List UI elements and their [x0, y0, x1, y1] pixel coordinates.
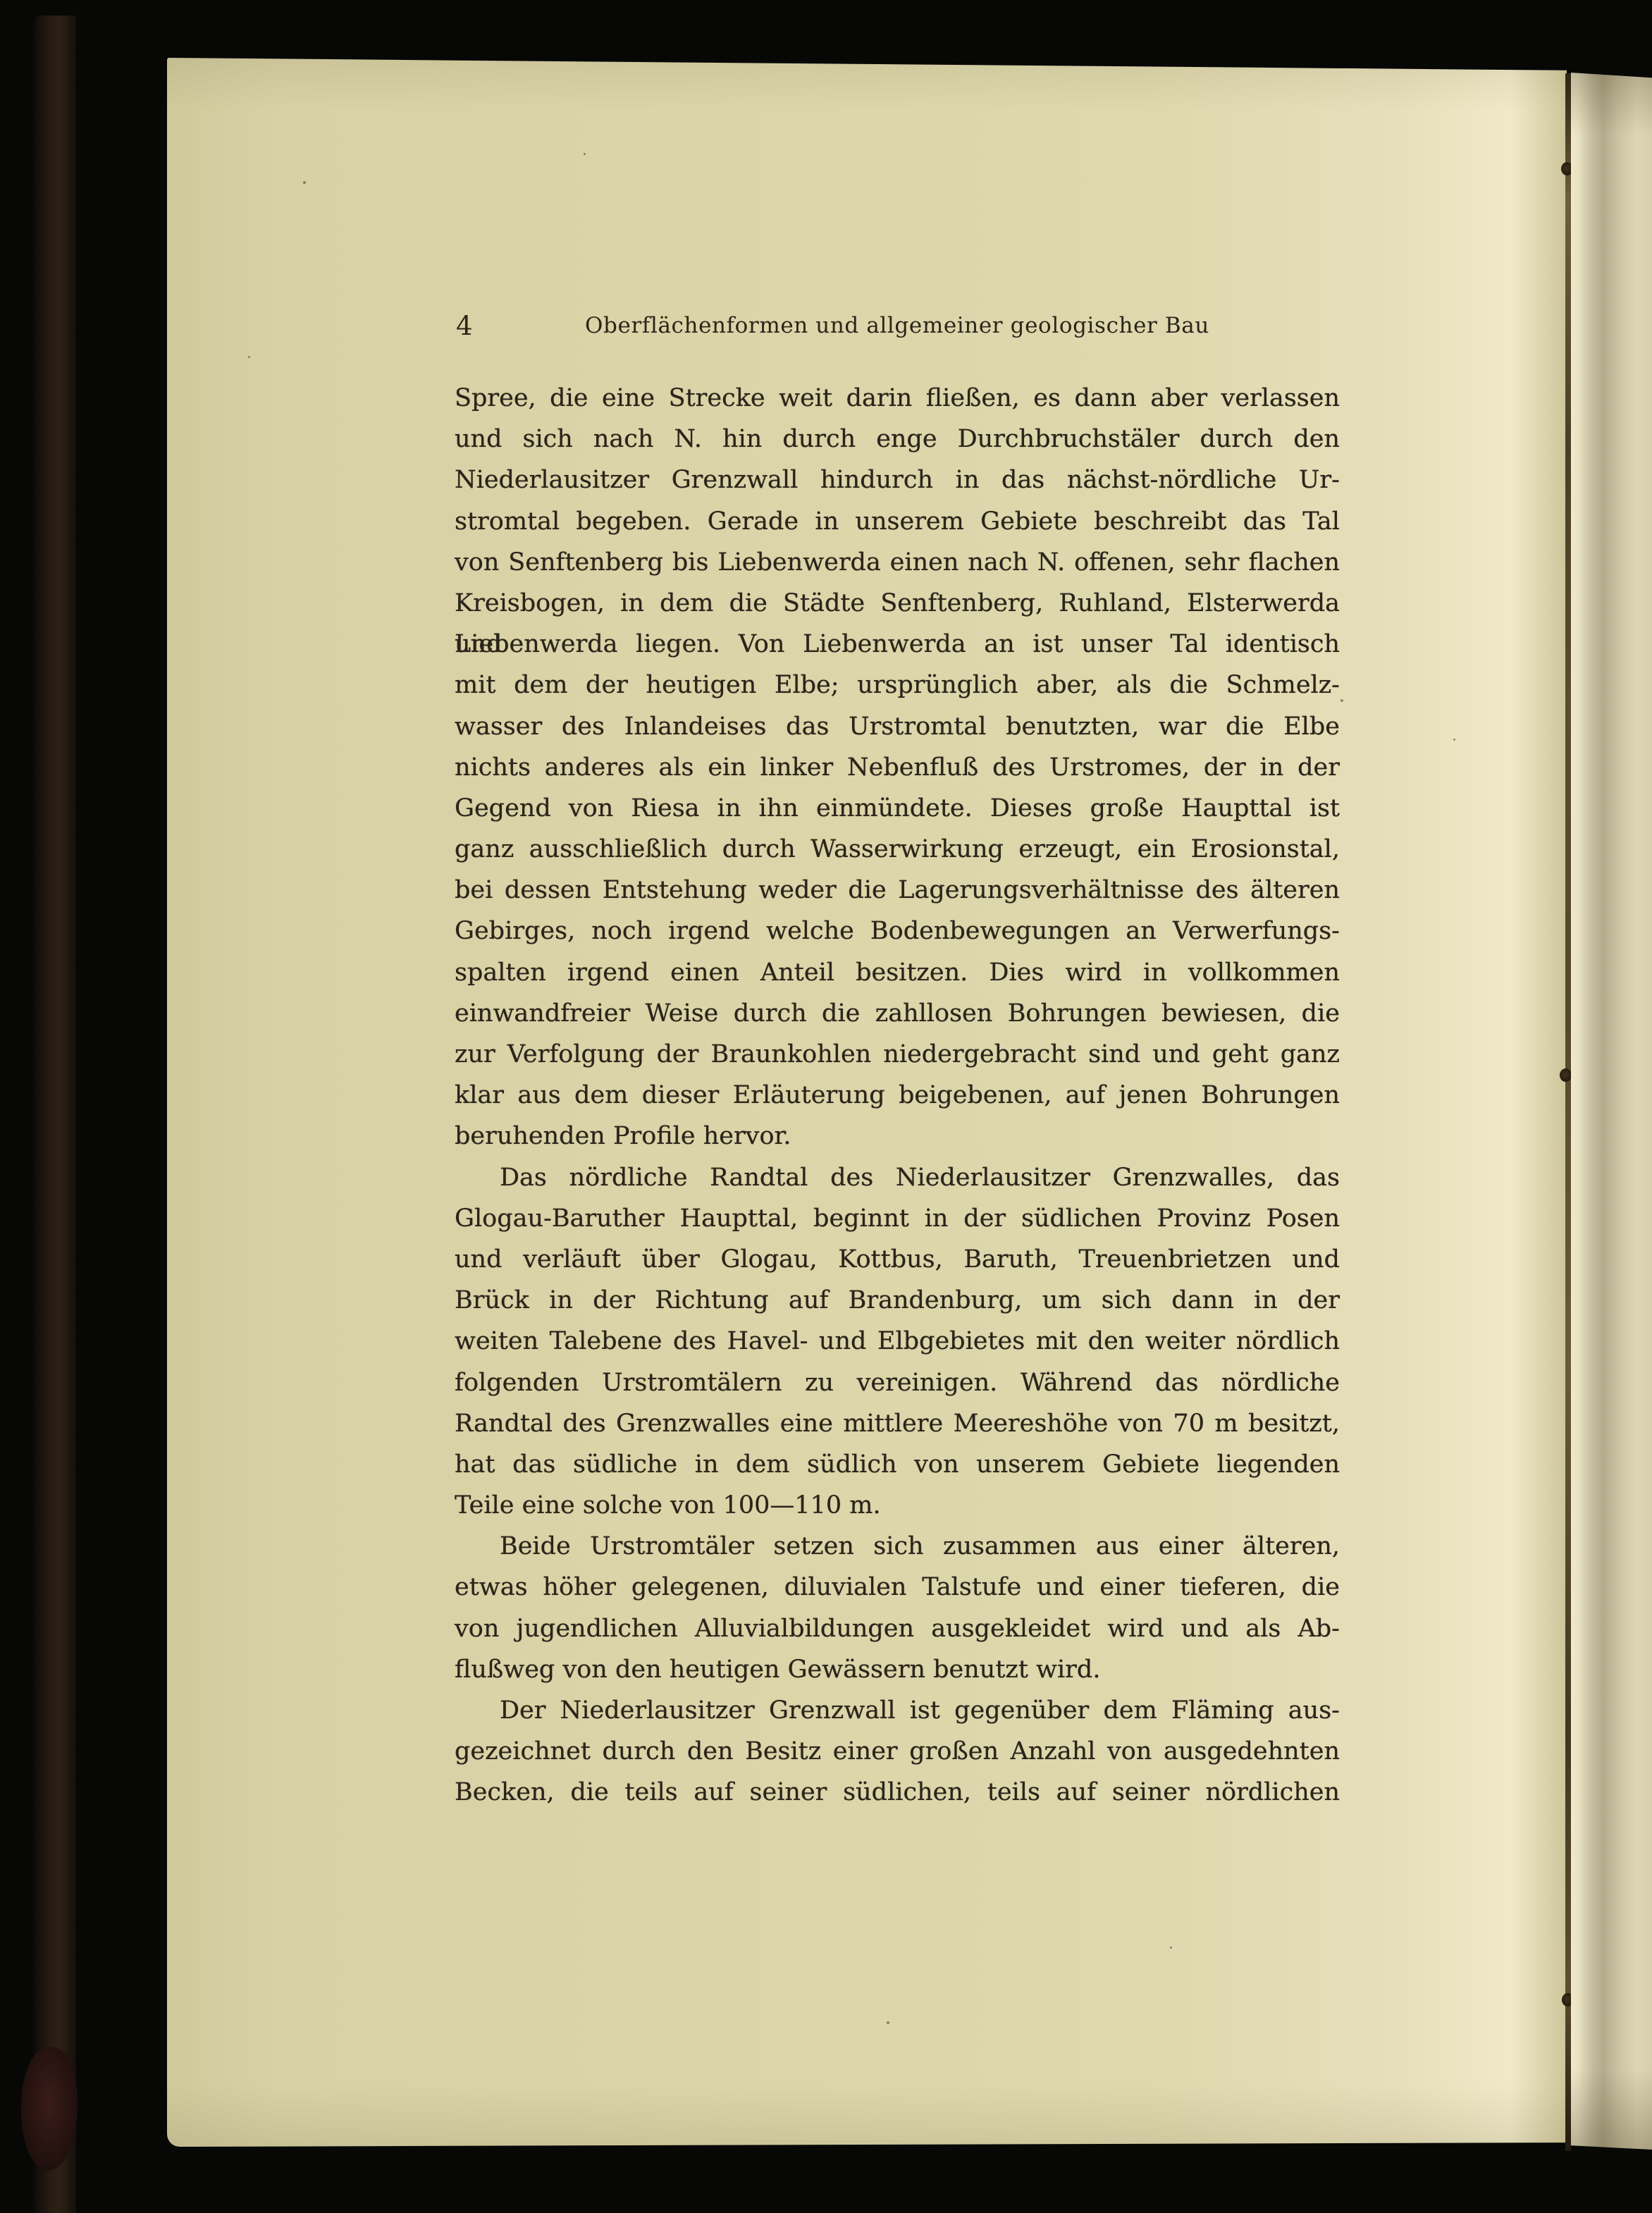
paper-speck [887, 2021, 889, 2024]
text-line: und sich nach N. hin durch enge Durchbru… [455, 419, 1340, 460]
text-line: ganz ausschließlich durch Wasserwirkung … [455, 829, 1340, 870]
paper-speck [1170, 1947, 1172, 1949]
text-line: zur Verfolgung der Braunkohlen niedergeb… [455, 1034, 1340, 1075]
paper-speck [248, 356, 250, 358]
text-line: Das nördliche Randtal des Niederlausitze… [455, 1157, 1340, 1198]
text-line: beruhenden Profile hervor. [455, 1116, 1340, 1157]
text-line: Gebirges, noch irgend welche Bodenbewegu… [455, 911, 1340, 951]
text-line: Liebenwerda liegen. Von Liebenwerda an i… [455, 624, 1340, 665]
text-line: bei dessen Entstehung weder die Lagerung… [455, 870, 1340, 911]
gutter-crease [1565, 73, 1571, 2151]
book-scan: 4 Oberflächenformen und allgemeiner geol… [0, 0, 1652, 2213]
text-line: Becken, die teils auf seiner südlichen, … [455, 1772, 1340, 1813]
text-line: Spree, die eine Strecke weit darin fließ… [455, 378, 1340, 419]
next-page-edge [1571, 73, 1652, 2152]
text-line: und verläuft über Glogau, Kottbus, Barut… [455, 1239, 1340, 1280]
text-line: weiten Talebene des Havel- und Elbgebiet… [455, 1321, 1340, 1362]
text-line: von Senftenberg bis Liebenwerda einen na… [455, 542, 1340, 583]
text-line: flußweg von den heutigen Gewässern benut… [455, 1649, 1340, 1690]
text-line: wasser des Inlandeises das Urstromtal be… [455, 706, 1340, 747]
running-header: Oberflächenformen und allgemeiner geolog… [455, 307, 1340, 344]
paper-speck [303, 181, 306, 184]
text-line: Gegend von Riesa in ihn einmündete. Dies… [455, 788, 1340, 829]
text-line: spalten irgend einen Anteil besitzen. Di… [455, 952, 1340, 993]
body-text: Spree, die eine Strecke weit darin fließ… [455, 378, 1340, 1813]
text-line: etwas höher gelegenen, diluvialen Talstu… [455, 1567, 1340, 1608]
text-line: stromtal begeben. Gerade in unserem Gebi… [455, 501, 1340, 542]
text-line: Teile eine solche von 100—110 m. [455, 1485, 1340, 1526]
text-line: folgenden Urstromtälern zu vereinigen. W… [455, 1362, 1340, 1403]
text-line: von jugendlichen Alluvialbildungen ausge… [455, 1608, 1340, 1649]
text-line: nichts anderes als ein linker Nebenfluß … [455, 747, 1340, 788]
binding-stitch [1560, 1068, 1572, 1082]
text-line: Der Niederlausitzer Grenzwall ist gegenü… [455, 1690, 1340, 1731]
paper-speck [584, 153, 586, 155]
text-line: gezeichnet durch den Besitz einer großen… [455, 1731, 1340, 1772]
text-line: hat das südliche in dem südlich von unse… [455, 1444, 1340, 1485]
paper-speck [1453, 739, 1455, 741]
text-line: Kreisbogen, in dem die Städte Senftenber… [455, 583, 1340, 624]
book-cover-edge [34, 16, 76, 2213]
page-header: 4 Oberflächenformen und allgemeiner geol… [455, 307, 1340, 345]
text-line: Brück in der Richtung auf Brandenburg, u… [455, 1280, 1340, 1321]
paper-speck [1340, 699, 1343, 702]
text-line: Randtal des Grenzwalles eine mittlere Me… [455, 1403, 1340, 1444]
text-line: Niederlausitzer Grenzwall hindurch in da… [455, 460, 1340, 500]
text-line: klar aus dem dieser Erläuterung beigeben… [455, 1075, 1340, 1116]
text-line: einwandfreier Weise durch die zahllosen … [455, 993, 1340, 1034]
text-line: Glogau-Baruther Haupttal, beginnt in der… [455, 1198, 1340, 1239]
page-edge-stack [73, 31, 168, 2140]
text-line: mit dem der heutigen Elbe; ursprünglich … [455, 665, 1340, 705]
text-line: Beide Urstromtäler setzen sich zusammen … [455, 1526, 1340, 1567]
